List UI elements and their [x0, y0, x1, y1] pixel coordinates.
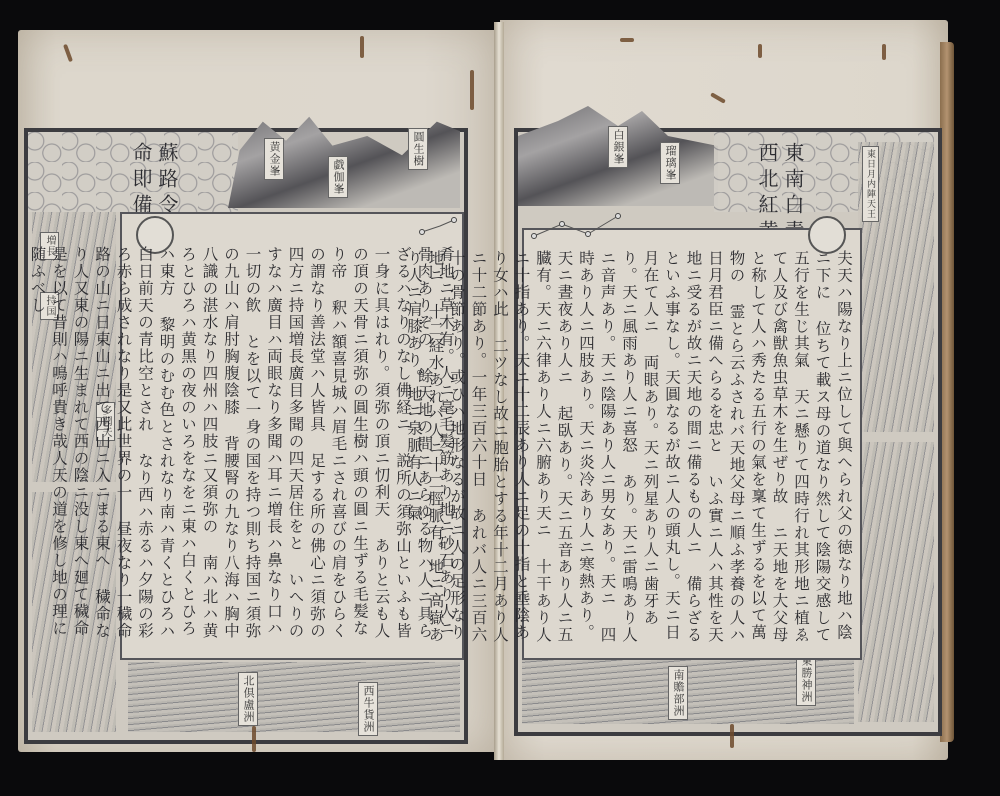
continent-label: 北倶盧洲: [238, 672, 258, 726]
wormhole-damage: [882, 44, 886, 60]
wormhole-damage: [620, 38, 634, 42]
continent-label: 東勝神洲: [796, 652, 816, 706]
mountain-label: 黄金峯: [264, 138, 284, 180]
mountain-label: 戯伽峯: [328, 156, 348, 198]
text-column: 十二経水あれバ人ニ十二脛脈有。地ニ高嶽あり人ニ肩膝あり。地ニ泉脈有人ニ氣: [405, 250, 445, 644]
wormhole-damage: [758, 44, 762, 58]
right-body-text: 夫天ハ陽なり上ニ位して與へられ父の徳なり地ハ陰ニ下に 位ちて載ス母の道なり然して…: [403, 250, 855, 650]
constellation-icon: [528, 210, 638, 240]
left-body-text: 肴地ニ草木有。人ニ毫毛髪筋あり地ニ砂石あり人ニ骨肉ありぞの 餘天地の間ニあらゆる…: [26, 246, 456, 646]
continent-label: 西牛貨洲: [358, 682, 378, 736]
landscape-scene-bottom-left: [128, 662, 460, 732]
guardian-label: 東日月内陣天王: [862, 146, 879, 222]
wormhole-damage: [730, 724, 734, 748]
mountain-label: 圓生樹: [408, 128, 428, 170]
text-column: 是を以て昔則ハ鳴呼貴き哉人天の道を修し地の理に随ふべし: [29, 246, 69, 637]
wormhole-damage: [252, 726, 256, 752]
mountain-label: 白銀峯: [608, 126, 628, 168]
wormhole-damage: [360, 36, 364, 58]
mountain-label: 瑠璃峯: [660, 142, 680, 184]
constellation-icon: [418, 216, 458, 236]
right-text-panel: 夫天ハ陽なり上ニ位して與へられ父の徳なり地ハ陰ニ下に 位ちて載ス母の道なり然して…: [522, 228, 862, 660]
guardian-king-figure-bottom-right: [858, 442, 934, 722]
continent-label: 南贍部洲: [668, 666, 688, 720]
book-fore-edge: [940, 42, 954, 742]
wormhole-damage: [470, 70, 474, 110]
sun-icon: [808, 216, 846, 254]
